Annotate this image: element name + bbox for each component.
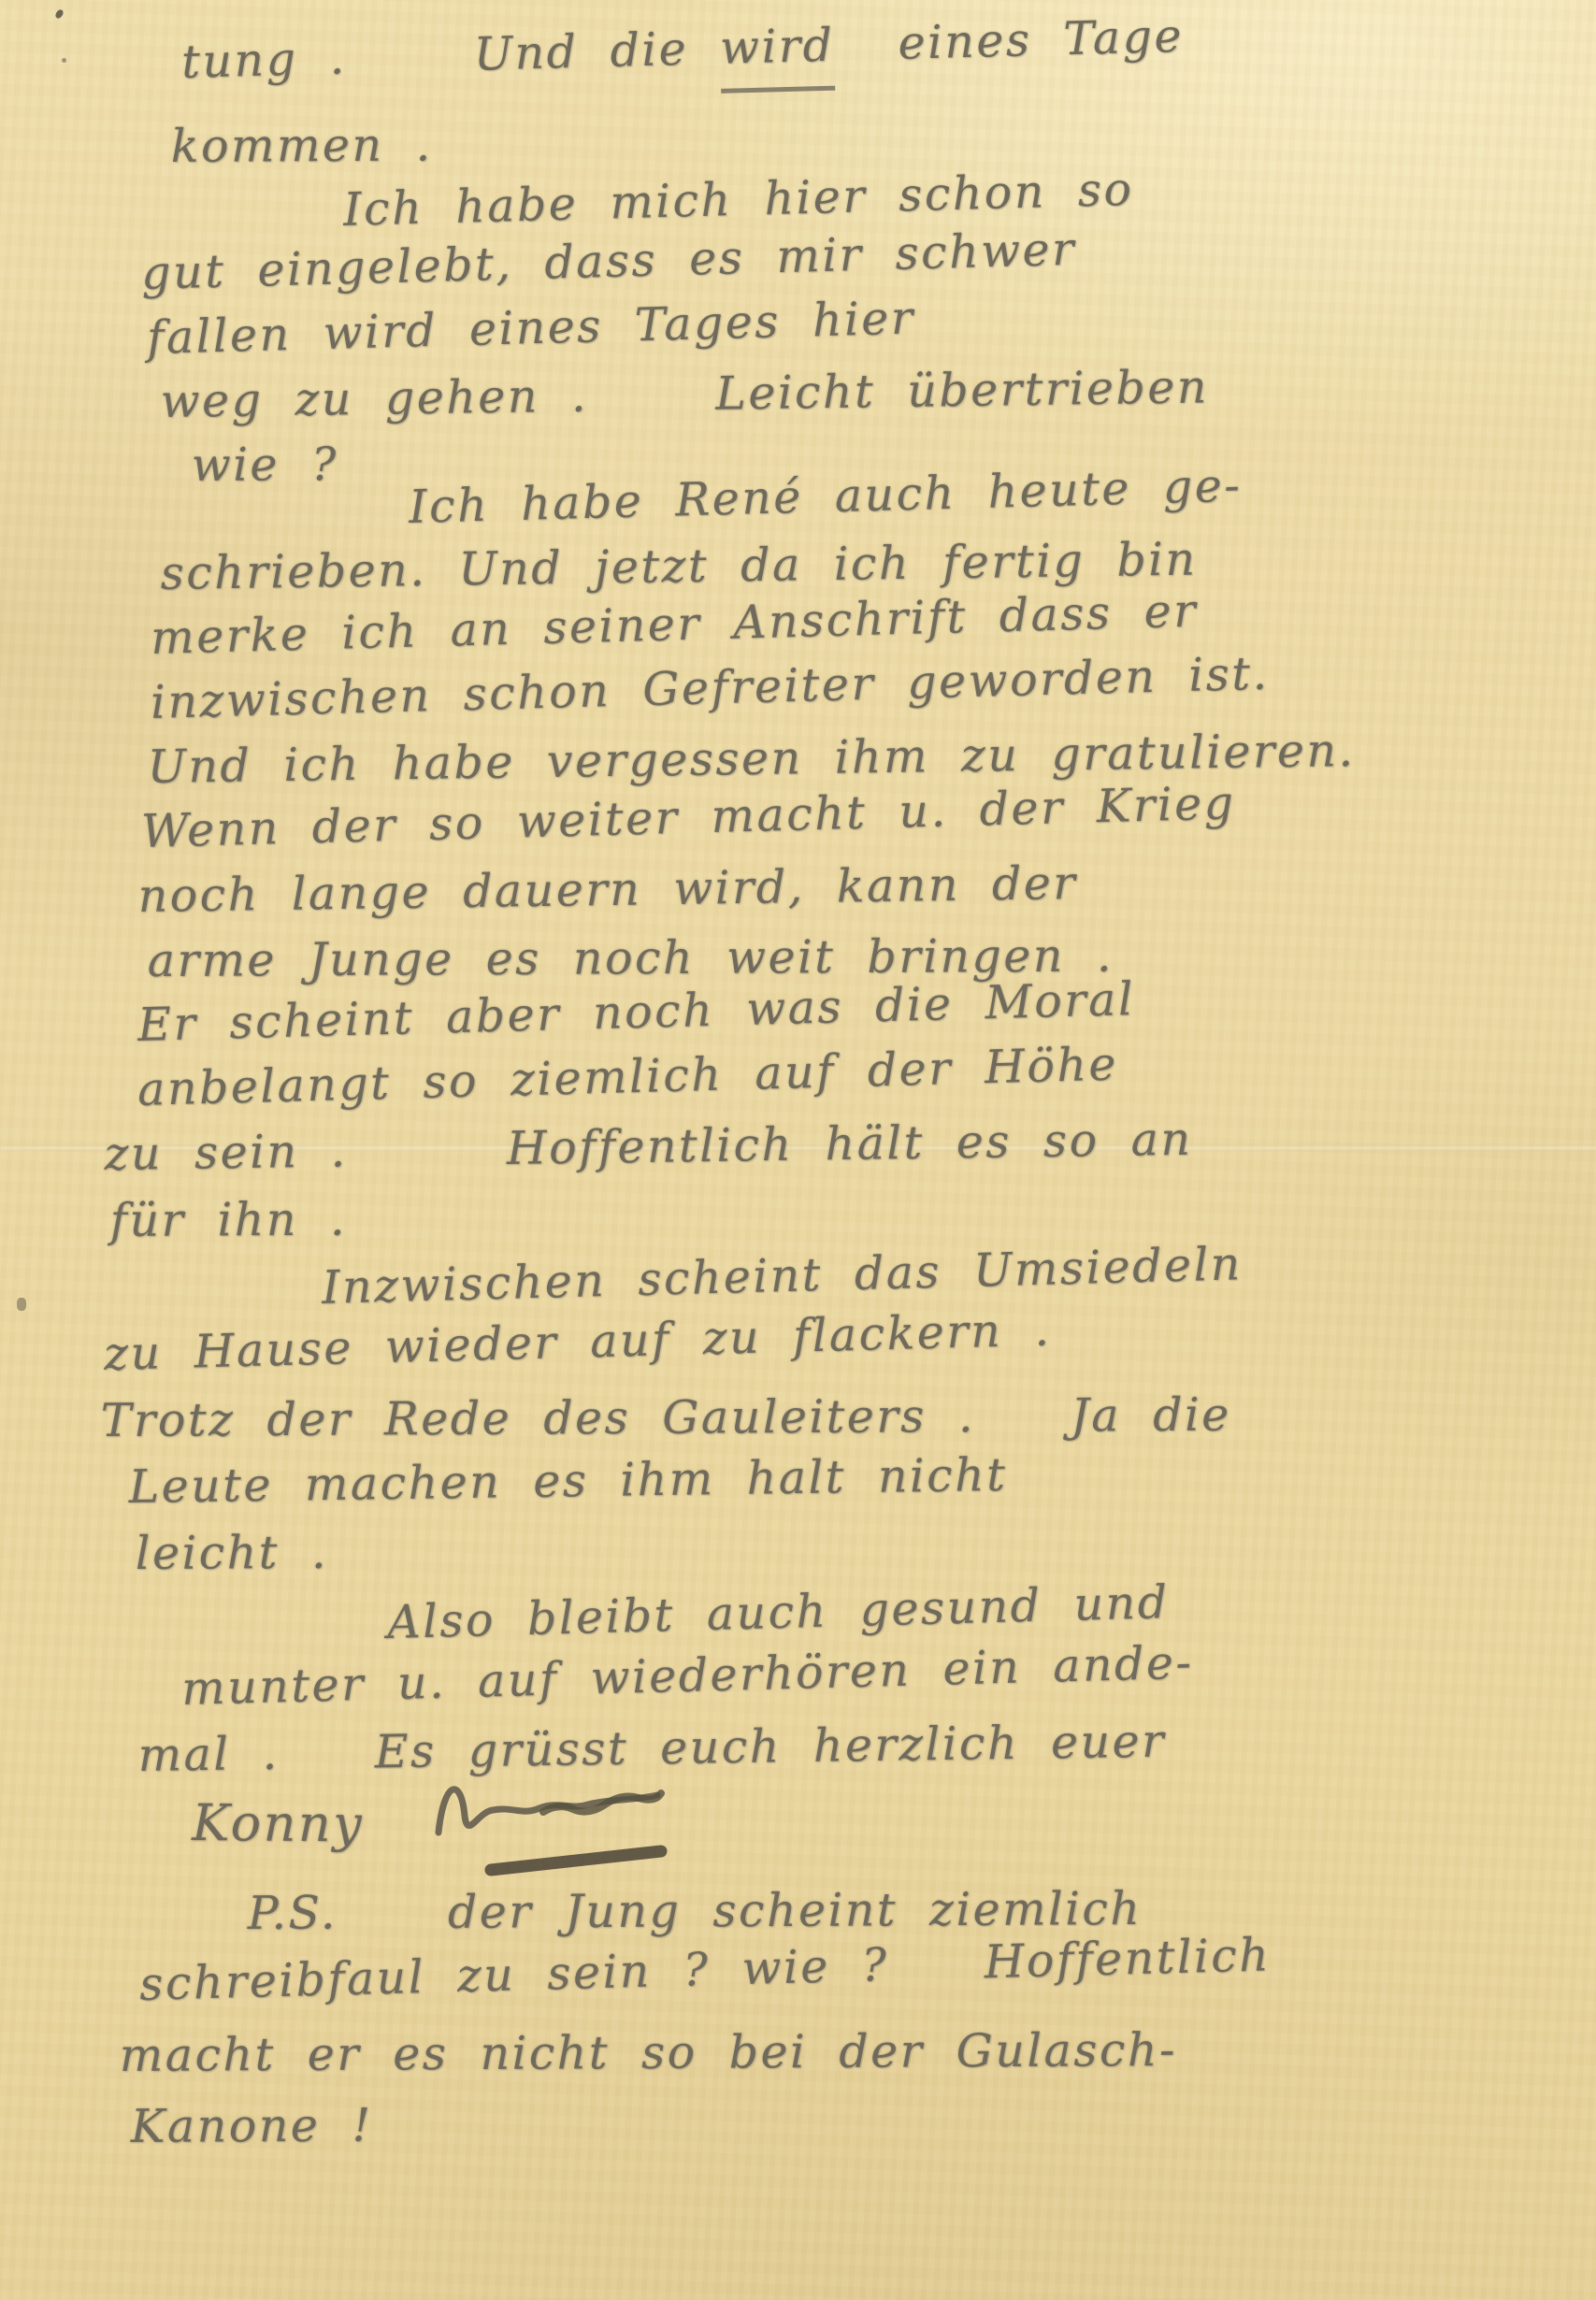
letter-line: Trotz der Rede des Gauleiters . Ja die: [101, 1388, 1231, 1447]
letter-line: wie ?: [192, 438, 338, 492]
letter-line: anbelangt so ziemlich auf der Höhe: [137, 1038, 1119, 1116]
signature-scribble: [425, 1756, 706, 1896]
letter-line: leicht .: [136, 1526, 328, 1580]
letter-line-opening: tung . Und die wird eines Tage: [181, 9, 1185, 89]
letter-line: fallen wird eines Tages hier: [147, 292, 916, 365]
postscript-line: Kanone !: [131, 2099, 373, 2153]
letter-line: Inzwischen scheint das Umsiedeln: [322, 1237, 1244, 1315]
signature-underline: [491, 1851, 661, 1870]
pencil-speck: [62, 58, 66, 63]
opening-tail: eines Tage: [834, 9, 1185, 72]
postscript-line: P.S.der Jung scheint ziemlich: [248, 1882, 1143, 1940]
signature-name: Konny: [192, 1793, 364, 1853]
pencil-speck: [54, 8, 65, 20]
letter-line: Leute machen es ihm halt nicht: [128, 1448, 1008, 1514]
postscript-line: macht er es nicht so bei der Gulasch-: [120, 2023, 1177, 2082]
letter-line: zu Hause wieder auf zu flackern .: [104, 1302, 1053, 1381]
letter-line: kommen .: [171, 119, 433, 173]
underlined-word: wird: [719, 19, 835, 93]
ps-label: P.S.: [248, 1886, 338, 1940]
letter-line: Ich habe René auch heute ge-: [409, 459, 1244, 534]
letter-line: Also bleibt auch gesund und: [387, 1575, 1171, 1649]
letter-line: für ihn .: [110, 1193, 347, 1247]
postscript-line: schreibfaul zu sein ? wie ? Hoffentlich: [139, 1928, 1272, 2011]
letter-line: weg zu gehen . Leicht übertrieben: [160, 360, 1209, 428]
opening-fragment: tung . Und die: [181, 22, 721, 89]
pencil-speck: [17, 1298, 26, 1311]
letter-line: noch lange dauern wird, kann der: [137, 856, 1077, 923]
ps-text: der Jung scheint ziemlich: [448, 1882, 1143, 1939]
letter-line: gut eingelebt, dass es mir schwer: [141, 223, 1077, 300]
letter-paper: tung . Und die wird eines Tage kommen . …: [0, 0, 1596, 2300]
letter-line: zu sein . Hoffentlich hält es so an: [104, 1113, 1193, 1181]
letter-line: munter u. auf wiederhören ein ande-: [181, 1636, 1195, 1716]
